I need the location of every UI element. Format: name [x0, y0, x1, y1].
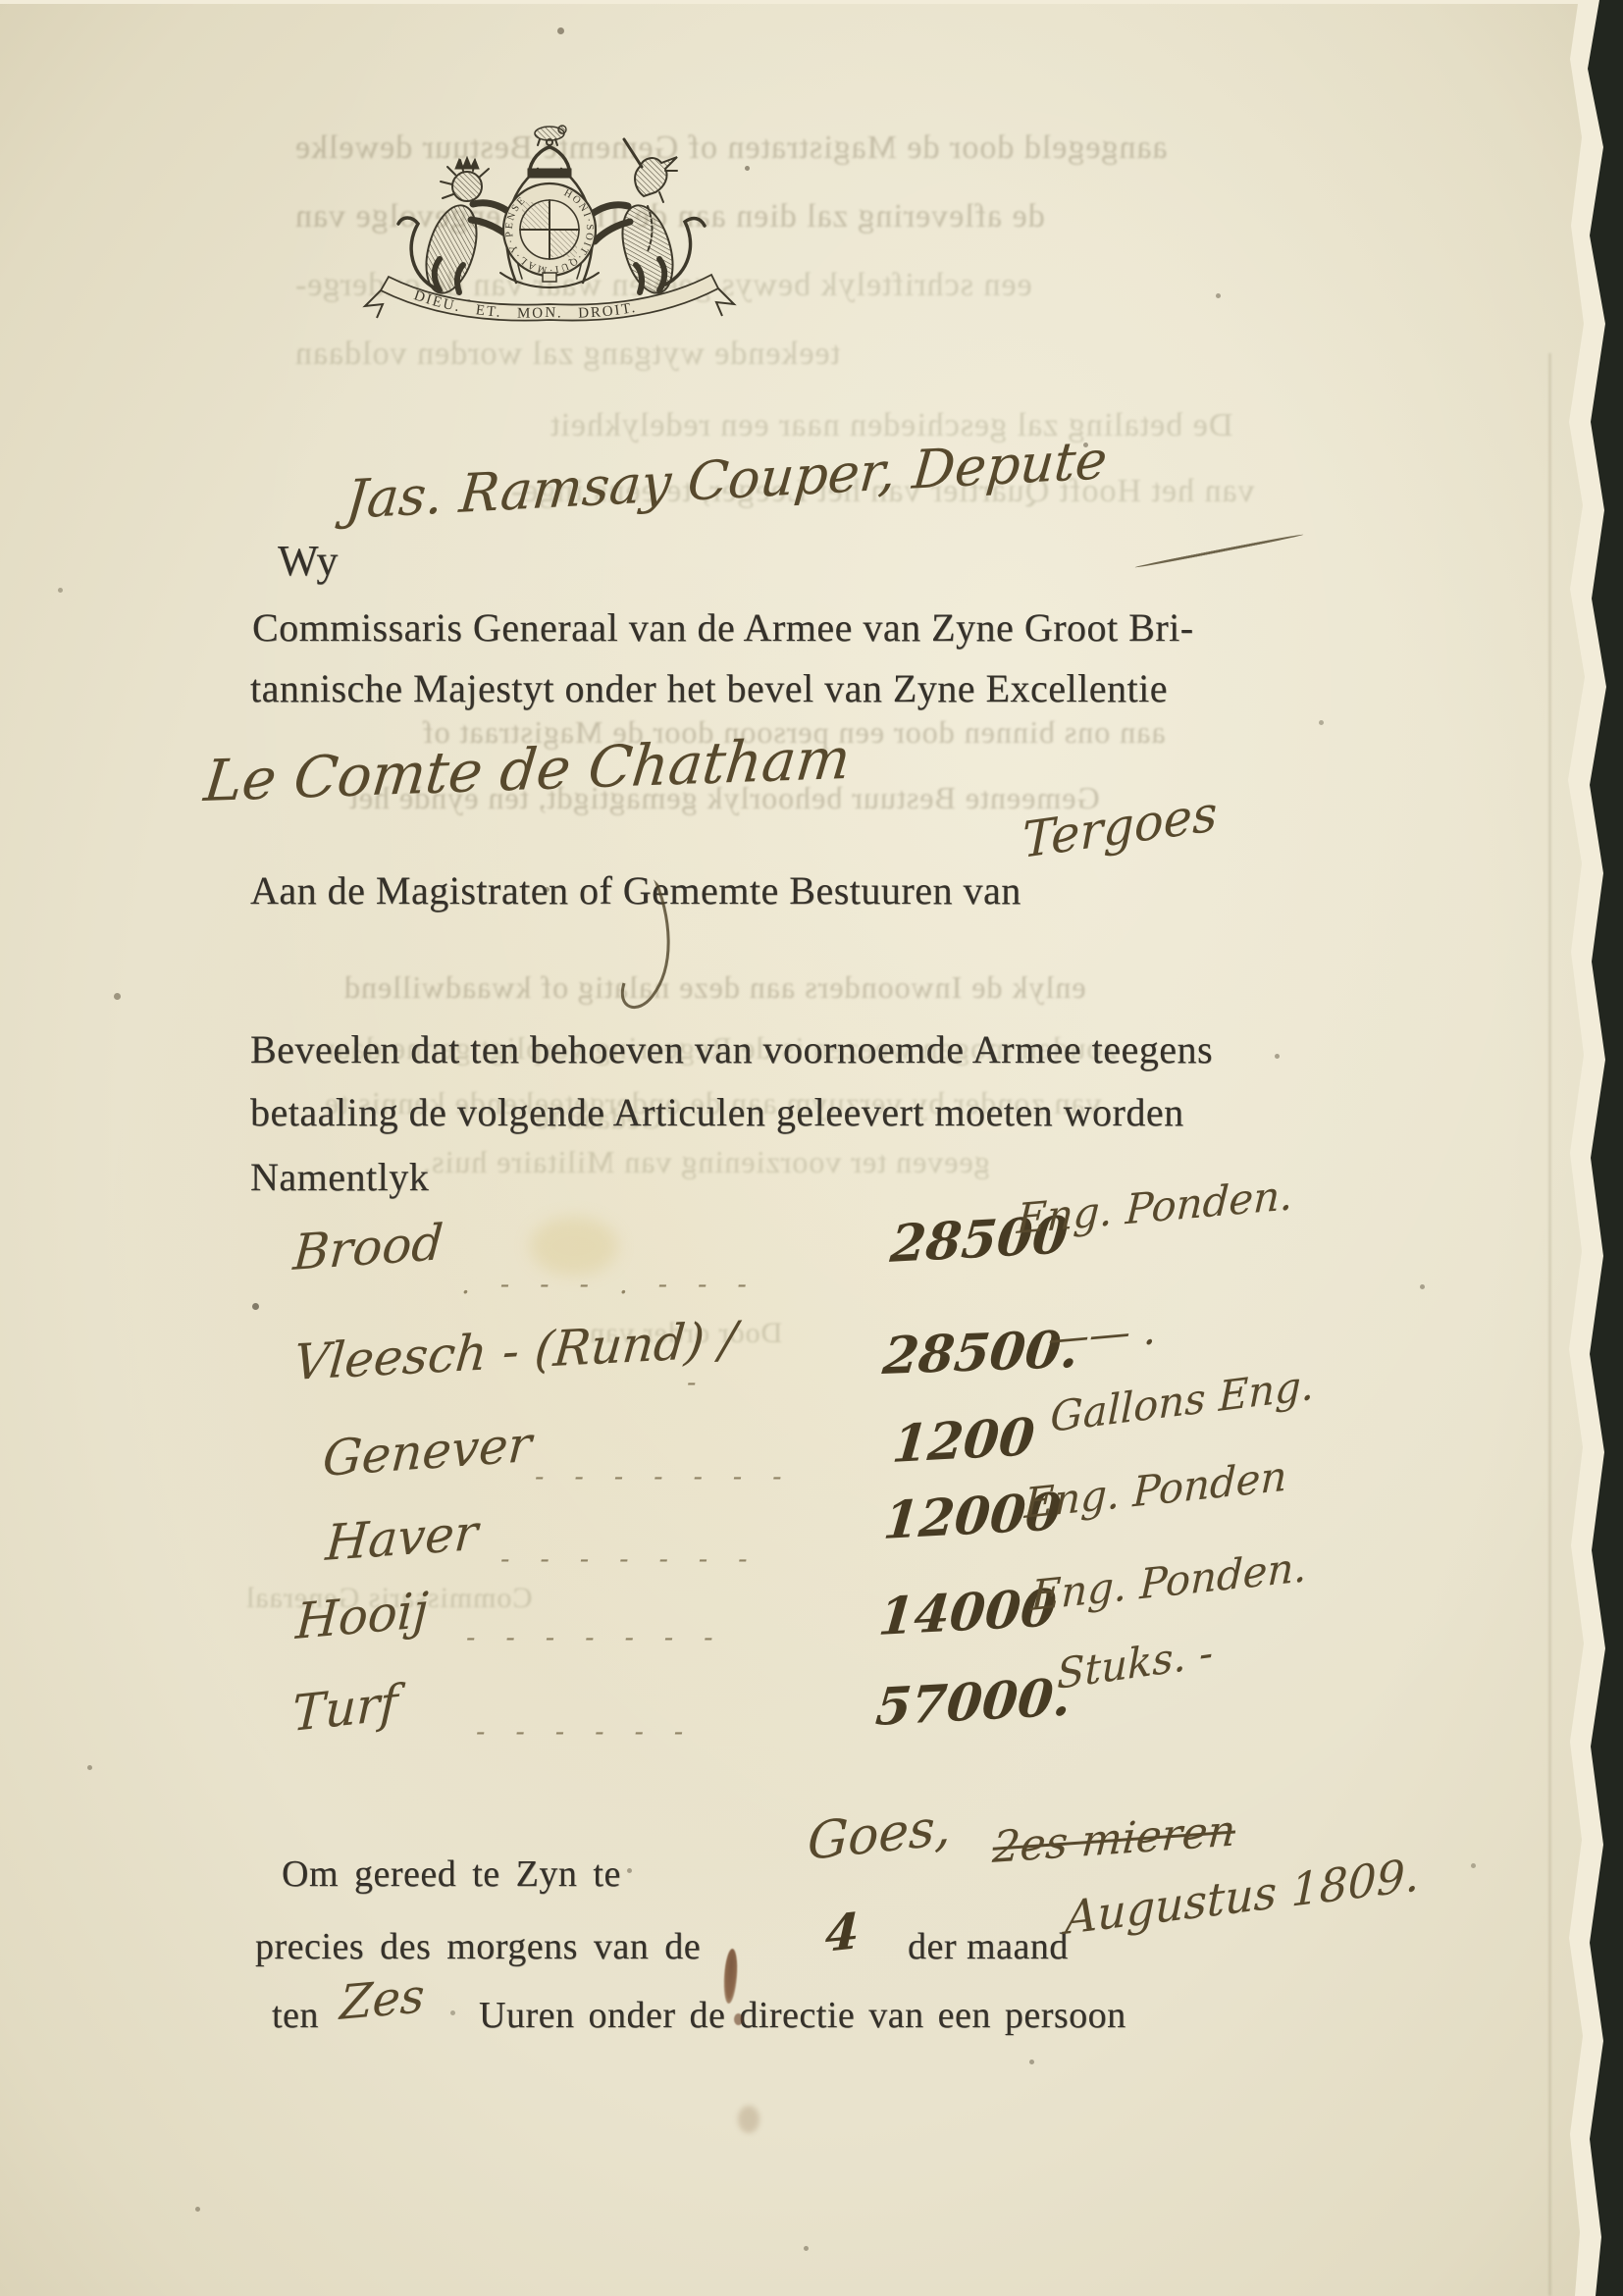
- printed-der-maand: der maand: [908, 1925, 1069, 1968]
- printed-uuren-line: Uuren onder de directie van een persoon: [479, 1994, 1126, 2037]
- ink-blot: [734, 2013, 743, 2025]
- bleedthrough-line: teekende wytgang zal worden voldaan: [294, 336, 840, 373]
- printed-namentlyk: Namentlyk: [250, 1154, 429, 1200]
- stain: [738, 2106, 759, 2133]
- unicorn-supporter: [587, 139, 705, 302]
- supply-quantity: 57000.: [873, 1667, 1073, 1738]
- leader-dashes: - - - - - - -: [500, 1542, 759, 1575]
- printed-wy: Wy: [278, 536, 339, 586]
- supply-unit: Eng. Ponden.: [1030, 1542, 1308, 1620]
- leader-dashes: - - - - - - -: [535, 1460, 793, 1492]
- paper-crease: [1548, 353, 1551, 2296]
- supply-item: Haver: [324, 1504, 480, 1572]
- scanned-requisition-document: aangegeld door de Magistraten of Gememte…: [0, 0, 1623, 2296]
- handwritten-ready-place: Goes,: [807, 1798, 952, 1872]
- paper-sheet: aangegeld door de Magistraten of Gememte…: [0, 0, 1623, 2296]
- leader-dashes: . - - - . - - -: [461, 1268, 758, 1300]
- leader-dashes: - - - - - - -: [466, 1621, 724, 1653]
- bleedthrough-line: enlyk de Inwoonders aan deze nalatig of …: [343, 969, 1086, 1006]
- printed-beveelen-line1: Beveelen dat ten behoeven van voornoemde…: [250, 1026, 1213, 1072]
- printed-commissaris-line1: Commissaris Generaal van de Armee van Zy…: [252, 604, 1194, 651]
- bleedthrough-line: geeven ter voorziening van Militaire hui…: [422, 1144, 990, 1180]
- leader-dashes: -: [687, 1366, 707, 1398]
- pen-flourish: [599, 873, 677, 1020]
- printed-ten: ten: [272, 1994, 319, 2037]
- supply-quantity: 1200: [890, 1407, 1037, 1475]
- pen-flourish: [1134, 533, 1303, 568]
- printed-om-line: Om gereed te Zyn te: [282, 1852, 621, 1896]
- supply-item: Turf: [291, 1674, 398, 1743]
- royal-coat-of-arms: HONI·SOIT·QUI·MAL·Y·PENSE DIEU. ET. MON.…: [353, 124, 746, 332]
- printed-beveelen-line2: betaaling de volgende Articulen geleever…: [250, 1089, 1184, 1135]
- bleedthrough-line: De betaling zal geschieden naar een rede…: [550, 407, 1232, 444]
- lion-supporter: [398, 157, 514, 302]
- handwritten-hour: Zes: [339, 1968, 426, 2031]
- handwritten-day: 4: [824, 1902, 861, 1963]
- supply-unit: Gallons Eng.: [1050, 1361, 1315, 1441]
- supply-unit: Eng. Ponden: [1023, 1451, 1287, 1528]
- supply-item: Hooij: [294, 1582, 430, 1650]
- supply-unit: Stuks. -: [1057, 1628, 1213, 1698]
- printed-precies-line: precies des morgens van de: [255, 1925, 701, 1968]
- supply-item: Vleesch - (Rund) /: [291, 1311, 739, 1391]
- supply-unit: Eng. Ponden.: [1016, 1171, 1294, 1243]
- printed-commissaris-line2: tannische Majestyt onder het bevel van Z…: [250, 665, 1168, 711]
- handwritten-struck-text: 2es mieren: [991, 1805, 1237, 1873]
- supply-unit: —— .: [1047, 1305, 1158, 1363]
- stain: [530, 1217, 618, 1276]
- leader-dashes: - - - - - -: [476, 1715, 694, 1748]
- supply-item: Brood: [291, 1214, 445, 1281]
- supply-item: Genever: [321, 1416, 534, 1487]
